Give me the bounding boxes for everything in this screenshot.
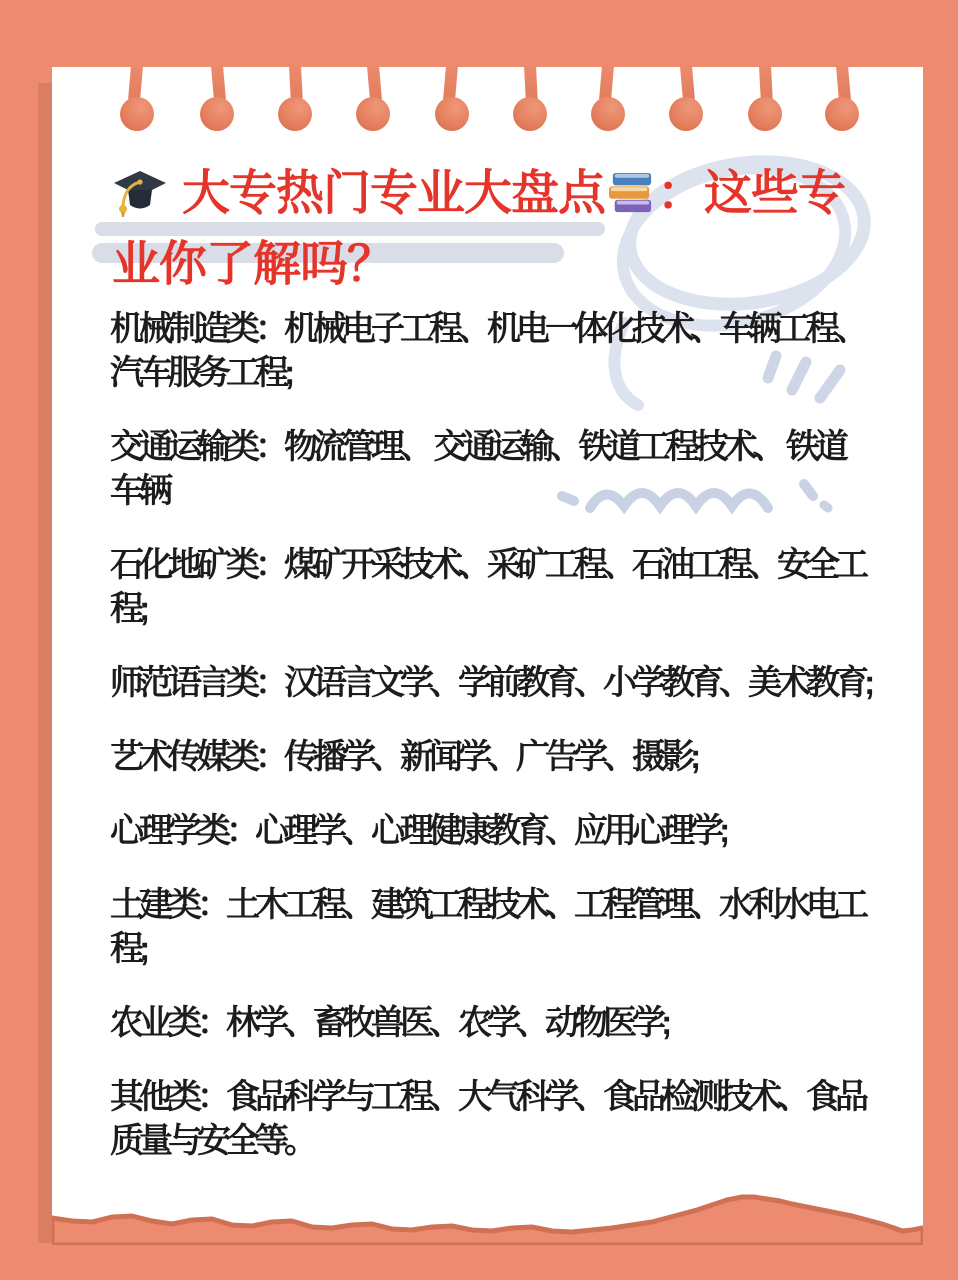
- page-title: 大专热门专业大盘点 ：这些专 业你了解吗？: [112, 163, 918, 296]
- category-others: 其他类：食品科学与工程、大气科学、食品检测技术、食品质量与安全等。: [110, 1075, 872, 1163]
- binding-hole: [119, 67, 155, 135]
- books-icon: [607, 170, 655, 232]
- category-label: 交通运输类：: [110, 428, 284, 466]
- binding-hole: [747, 67, 783, 135]
- category-majors: 汉语言文学、学前教育、小学教育、美术教育;: [284, 664, 870, 702]
- category-label: 师范语言类：: [110, 664, 284, 702]
- torn-paper-edge: [52, 1183, 923, 1245]
- category-petrochemical-mining: 石化地矿类：煤矿开采技术、采矿工程、石油工程、安全工程;: [110, 543, 872, 631]
- binding-hole: [590, 67, 626, 135]
- category-majors: 传播学、新闻学、广告学、摄影;: [284, 738, 696, 776]
- binding-hole: [199, 67, 235, 135]
- notebook-paper: 大专热门专业大盘点 ：这些专 业你了解吗？ 机械制造类：机械电子工程、机电一体化…: [52, 67, 923, 1245]
- category-majors: 林学、畜牧兽医、农学、动物医学;: [226, 1004, 667, 1042]
- title-text-1: 大专热门专业大盘点: [182, 167, 605, 220]
- category-label: 土建类：: [110, 886, 226, 924]
- category-label: 机械制造类：: [110, 310, 284, 348]
- binding-hole: [512, 67, 548, 135]
- category-label: 农业类：: [110, 1004, 226, 1042]
- title-line-1: 大专热门专业大盘点 ：这些专: [112, 163, 918, 234]
- category-majors: 心理学、心理健康教育、应用心理学;: [255, 812, 725, 850]
- category-art-media: 艺术传媒类：传播学、新闻学、广告学、摄影;: [110, 735, 872, 779]
- title-line-2: 业你了解吗？: [112, 234, 918, 296]
- category-agriculture: 农业类：林学、畜牧兽医、农学、动物医学;: [110, 1001, 872, 1045]
- graduation-cap-icon: [112, 168, 168, 234]
- binding-hole: [277, 67, 313, 135]
- binding-hole: [355, 67, 391, 135]
- majors-list: 机械制造类：机械电子工程、机电一体化技术、车辆工程、汽车服务工程; 交通运输类：…: [110, 307, 872, 1193]
- category-label: 石化地矿类：: [110, 546, 284, 584]
- binding-hole: [668, 67, 704, 135]
- category-psychology: 心理学类：心理学、心理健康教育、应用心理学;: [110, 809, 872, 853]
- category-label: 心理学类：: [110, 812, 255, 850]
- binding-hole: [434, 67, 470, 135]
- category-label: 其他类：: [110, 1078, 226, 1116]
- category-transport: 交通运输类：物流管理、 交通运输、铁道工程技术、 铁道车辆: [110, 425, 872, 513]
- binding-hole: [824, 67, 860, 135]
- category-machinery: 机械制造类：机械电子工程、机电一体化技术、车辆工程、汽车服务工程;: [110, 307, 872, 395]
- title-text-3: 业你了解吗？: [112, 238, 394, 291]
- category-civil-engineering: 土建类：土木工程、建筑工程技术、工程管理、水利水电工程;: [110, 883, 872, 971]
- category-normal-language: 师范语言类：汉语言文学、学前教育、小学教育、美术教育;: [110, 661, 872, 705]
- category-label: 艺术传媒类：: [110, 738, 284, 776]
- title-text-2: ：这些专: [657, 167, 845, 220]
- poster-page: { "page": { "background_color": "#ec8b70…: [0, 0, 958, 1280]
